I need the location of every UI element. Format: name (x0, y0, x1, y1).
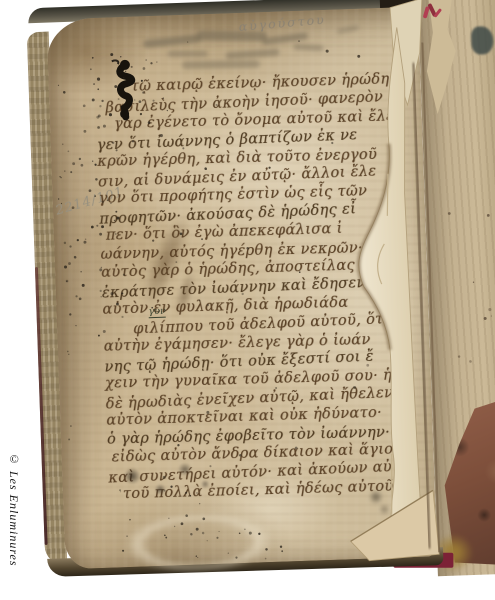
faded-scribble (293, 44, 323, 52)
faded-scribble (168, 51, 208, 57)
faded-scribble (337, 25, 360, 34)
book: αὐγούστου 2214/101 τῷ καιρῷ ἐκείνῳ· ἤκου… (24, 0, 495, 598)
ink-blot (110, 58, 142, 123)
photo-stage: αὐγούστου 2214/101 τῷ καιρῷ ἐκείνῳ· ἤκου… (0, 0, 495, 600)
water-stain-ring (128, 512, 270, 573)
manuscript-page: αὐγούστου 2214/101 τῷ καιρῷ ἐκείνῳ· ἤκου… (46, 7, 437, 570)
faded-scribble (182, 60, 260, 69)
faded-scribble (143, 34, 202, 48)
dark-stain (471, 26, 494, 55)
copyright-watermark: © Les Enluminures (6, 452, 21, 594)
stain-smudge (363, 484, 396, 521)
stain-cluster (110, 454, 222, 506)
faded-scribble (225, 49, 279, 60)
header-inscription: αὐγούστου (238, 12, 326, 35)
headband-thread (434, 8, 443, 18)
